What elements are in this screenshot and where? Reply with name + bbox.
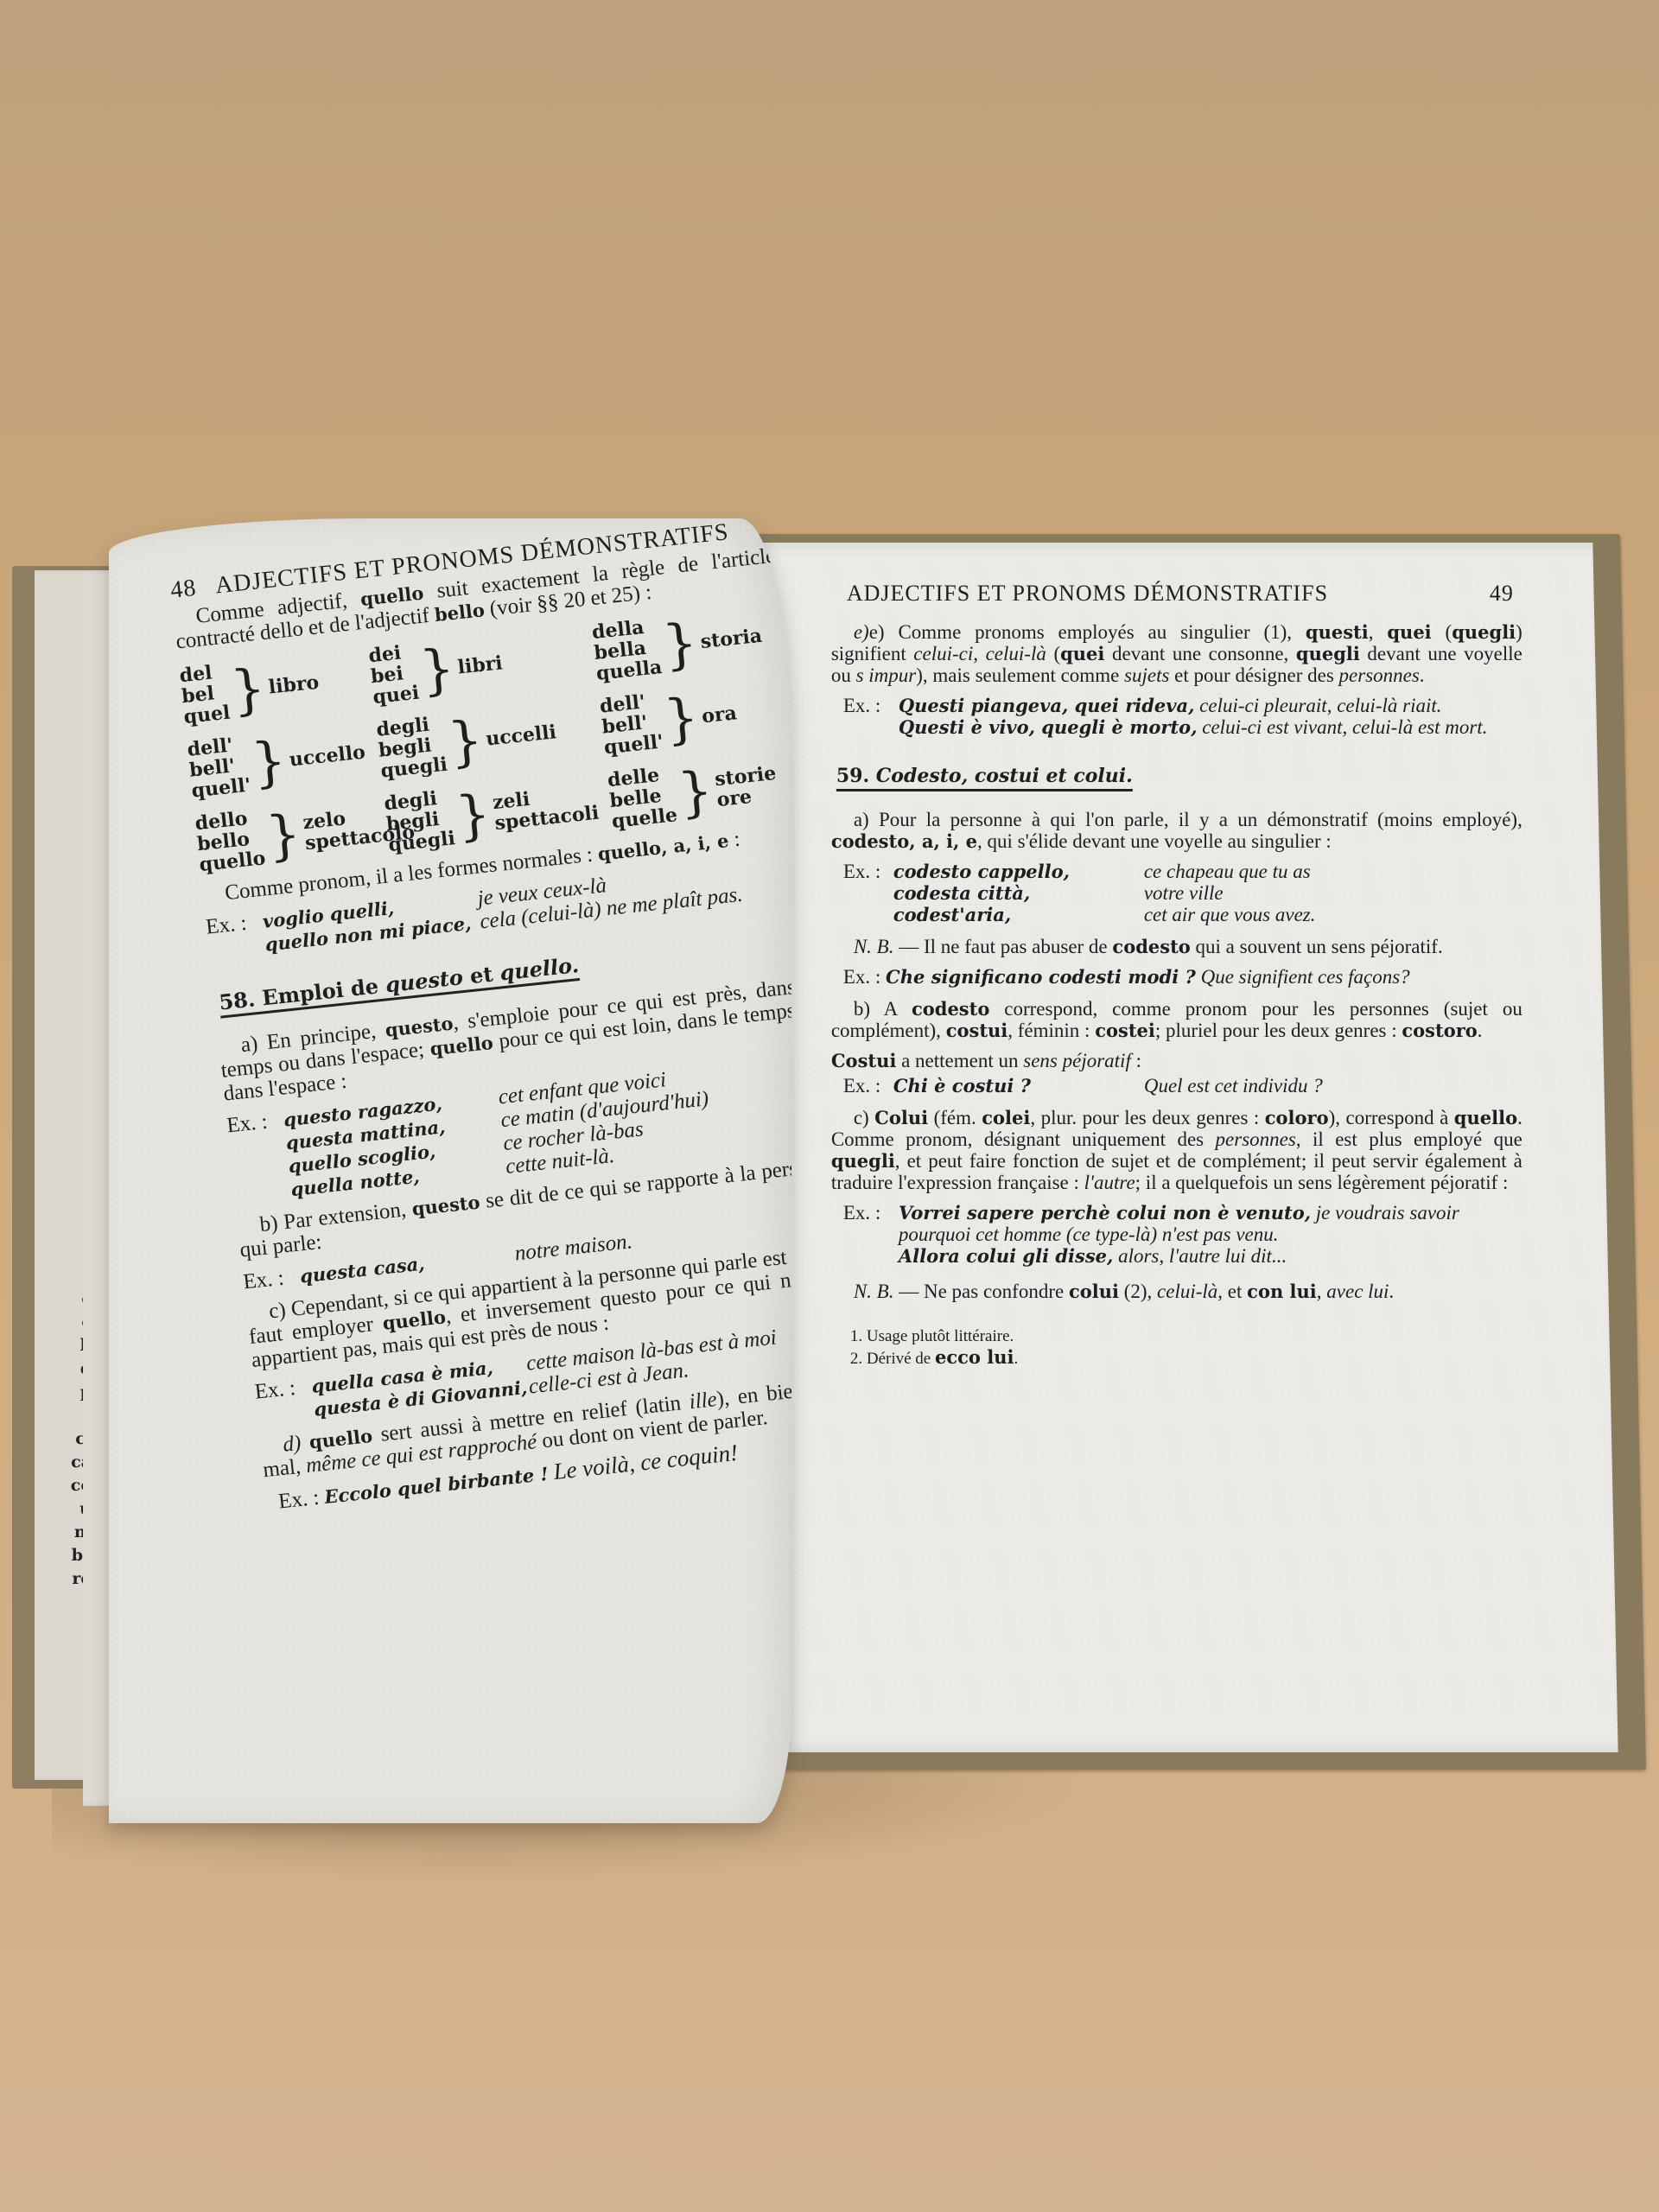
french-translation: votre ville — [1144, 882, 1522, 904]
text: ( — [1432, 621, 1452, 643]
article-forms: dell'bell'quell' — [599, 690, 664, 759]
translation: celui-ci, celui-là — [913, 643, 1046, 664]
text: — Ne pas confondre — [893, 1281, 1068, 1302]
forms-group: dellabellaquella}storia — [591, 602, 786, 684]
translation: celui-là — [1157, 1281, 1217, 1302]
emphasis: sujets — [1124, 664, 1169, 686]
paragraph-59b-2: Costui a nettement un sens péjoratif : — [831, 1050, 1522, 1071]
page-49: ADJECTIFS ET PRONOMS DÉMONSTRATIFS 49 e)… — [747, 543, 1618, 1752]
text: a nettement un — [896, 1050, 1023, 1071]
text: , plur. pour les deux genres : — [1030, 1107, 1264, 1128]
term: quegli — [1296, 643, 1360, 664]
footnote-number: 1. — [850, 1327, 862, 1345]
page-48: 48 ADJECTIFS ET PRONOMS DÉMONSTRATIFS Co… — [109, 518, 791, 1823]
text: (2), — [1119, 1281, 1157, 1302]
forms-group: dell'bell'quell'}uccello — [187, 720, 382, 802]
text: et pour désigner des — [1169, 664, 1338, 686]
term: quello. — [499, 952, 580, 985]
example-block-59a: Ex. : codesto cappello, ce chapeau que t… — [843, 861, 1522, 925]
text: : — [728, 828, 741, 852]
example-block-59c: Ex. : Vorrei sapere perchè colui non è v… — [843, 1202, 1522, 1267]
article-forms: dellabellaquella — [591, 615, 663, 684]
nb-label: N. B. — [854, 936, 894, 957]
example-nb-1: Ex. : Che significano codesti modi ? Que… — [843, 966, 1522, 988]
footnote-text: . — [1014, 1350, 1018, 1368]
text: e) Comme pronoms employés au singulier (… — [869, 621, 1306, 643]
term: quegli — [1452, 621, 1516, 643]
paragraph-59b: b) A codesto correspond, comme pronom po… — [831, 998, 1522, 1041]
forms-group: deglibegliquegli}uccelli — [375, 696, 605, 782]
term: ecco lui — [935, 1346, 1014, 1368]
emphasis: sens péjoratif — [1023, 1050, 1131, 1071]
example-label: Ex. : — [242, 1265, 301, 1294]
text: ), mais seulement comme — [916, 664, 1124, 686]
text: dello — [259, 617, 305, 645]
paragraph-59c: c) Colui (fém. colei, plur. pour les deu… — [831, 1107, 1522, 1193]
nouns: uccello — [289, 741, 366, 770]
term: quei — [1060, 643, 1104, 664]
forms-group: dellebellequelle}storieore — [607, 750, 791, 832]
article-forms: dellobelloquello — [194, 806, 267, 875]
footnote-2: 2. Dérivé de ecco lui. — [850, 1347, 1522, 1370]
note-nb-1: N. B. — Il ne faut pas abuser de codesto… — [831, 936, 1522, 957]
text: a) Pour la personne à qui l'on parle, il… — [854, 809, 1522, 830]
text: et — [461, 961, 501, 989]
example-label: Ex. : — [843, 861, 893, 882]
text: b) A — [854, 998, 912, 1020]
footnote-text: Dérivé de — [867, 1350, 935, 1368]
noun: uccelli — [485, 721, 557, 749]
form: quel — [183, 702, 232, 728]
brace-icon: } — [264, 807, 303, 864]
term: Colui — [874, 1107, 928, 1128]
forms-group: deglibegliquegli}zelispettacoli — [383, 770, 613, 855]
nouns: libri — [456, 652, 503, 677]
italian-example: Questi piangeva, quei rideva, — [899, 695, 1195, 716]
text: qui a souvent un sens péjoratif. — [1191, 936, 1443, 957]
example-row: Questi piangeva, quei rideva, celui-ci p… — [899, 695, 1522, 716]
italian-example: Vorrei sapere perchè colui non è venuto, — [899, 1202, 1311, 1224]
term: con lui — [1247, 1281, 1317, 1302]
term: quello — [1454, 1107, 1517, 1128]
text: , féminin : — [1007, 1020, 1095, 1041]
emphasis: personnes — [1216, 1128, 1296, 1150]
noun: libri — [456, 652, 503, 677]
article-forms: dellebellequelle — [607, 763, 678, 832]
text: , — [1317, 1281, 1327, 1302]
nouns: storia — [700, 626, 764, 652]
brace-icon: } — [417, 641, 457, 698]
page-48-wrapper: 48 ADJECTIFS ET PRONOMS DÉMONSTRATIFS Co… — [83, 518, 791, 1832]
form: quell' — [191, 775, 252, 802]
term: costei — [1095, 1020, 1155, 1041]
noun: storia — [700, 626, 764, 652]
forms-group: dell'bell'quell'}ora — [599, 677, 791, 759]
text: . — [1420, 664, 1425, 686]
term: Costui — [831, 1050, 897, 1071]
example-label: Ex. : — [277, 1486, 321, 1514]
text: — Il ne faut pas abuser de — [893, 936, 1112, 957]
french-translation: ce chapeau que tu as — [1144, 861, 1522, 882]
running-head-title: ADJECTIFS ET PRONOMS DÉMONSTRATIFS — [847, 582, 1328, 604]
term: colui — [1069, 1281, 1119, 1302]
french-translation: Quel est cet individu ? — [1144, 1075, 1522, 1096]
example-row: Questi è vivo, quegli è morto, celui-ci … — [899, 716, 1522, 738]
example-row: Allora colui gli disse, alors, l'autre l… — [899, 1245, 1522, 1267]
footnote-1: 1. Usage plutôt littéraire. — [850, 1326, 1522, 1347]
brace-icon: } — [676, 764, 715, 821]
example-label: Ex. : — [843, 966, 880, 988]
text: ), correspond à — [1329, 1107, 1454, 1128]
form: quello — [199, 848, 267, 875]
italian-example: codesto cappello, — [893, 861, 1144, 882]
french-translation: celui-ci est vivant, celui-là est mort. — [1202, 716, 1487, 738]
example-block-e: Ex. : Questi piangeva, quei rideva, celu… — [843, 695, 1522, 738]
nouns: libro — [268, 672, 321, 698]
form: quei — [372, 683, 420, 708]
text: ( — [1046, 643, 1060, 664]
text: . — [1478, 1020, 1483, 1041]
article-forms: delbelquel — [179, 661, 232, 728]
term: costoro — [1402, 1020, 1477, 1041]
page-number: 49 — [1490, 582, 1514, 604]
form: quell' — [603, 731, 664, 758]
brace-icon: } — [662, 690, 702, 747]
page-number: 48 — [169, 576, 198, 602]
emphasis: ille — [688, 1388, 718, 1414]
noun: ora — [701, 702, 738, 727]
footnote-text: Usage plutôt littéraire. — [867, 1327, 1014, 1345]
italian-example: Questi è vivo, quegli è morto, — [899, 716, 1198, 738]
forms-group: deibeiquei}libri — [367, 622, 597, 708]
text: : — [1131, 1050, 1141, 1071]
forms-group: dellobelloquello}zelospettacolo — [194, 794, 390, 876]
noun: ore — [716, 784, 779, 810]
text: ; il a quelquefois un sens légèrement pé… — [1135, 1172, 1509, 1193]
text: c) — [854, 1107, 874, 1128]
text: ; pluriel pour les deux genres : — [1155, 1020, 1402, 1041]
text: . — [1389, 1281, 1394, 1302]
term: questo — [411, 1191, 481, 1219]
section-number: 59. — [836, 765, 876, 787]
text: , qui s'élide devant une voyelle au sing… — [977, 830, 1332, 852]
section-number: 58. Emploi de — [218, 973, 387, 1015]
italian-example: Allora colui gli disse, — [899, 1245, 1114, 1267]
term: questo — [385, 964, 465, 997]
italian-example: Chi è costui ? — [893, 1075, 1144, 1096]
term: coloro — [1265, 1107, 1329, 1128]
example-row: Vorrei sapere perchè colui non è venuto,… — [899, 1202, 1522, 1245]
article-forms: dell'bell'quell' — [187, 734, 252, 802]
example-label: Ex. : — [843, 695, 893, 716]
paragraph-59a: a) Pour la personne à qui l'on parle, il… — [831, 809, 1522, 852]
example-label: Ex. : — [843, 1075, 893, 1096]
italian-example: codesta città, — [893, 882, 1144, 904]
footnotes: 1. Usage plutôt littéraire. 2. Dérivé de… — [850, 1326, 1522, 1370]
footnote-number: 2. — [850, 1350, 862, 1368]
term: quello — [429, 1032, 493, 1060]
form: quella — [595, 657, 663, 684]
brace-icon: } — [660, 616, 700, 673]
brace-icon: } — [249, 734, 289, 791]
text: (fém. — [928, 1107, 982, 1128]
french-translation: alors, l'autre lui dit... — [1118, 1245, 1287, 1267]
note-nb-2: N. B. — Ne pas confondre colui (2), celu… — [831, 1281, 1522, 1302]
text: , — [1369, 621, 1388, 643]
form: quegli — [387, 828, 456, 855]
term: quegli — [831, 1150, 895, 1172]
running-head-right: ADJECTIFS ET PRONOMS DÉMONSTRATIFS 49 — [831, 582, 1522, 604]
noun: libro — [268, 672, 321, 698]
emphasis: personnes — [1339, 664, 1420, 686]
italian-example: Che significano codesti modi ? — [886, 966, 1196, 988]
italian-example: codest'aria, — [893, 904, 1144, 925]
nouns: storieore — [714, 763, 779, 810]
term: questi — [1306, 621, 1369, 643]
section-title: Codesto, costui et colui. — [876, 765, 1133, 787]
french-translation: cet air que vous avez. — [1144, 904, 1522, 925]
term: codesto, a, i, e — [831, 830, 977, 852]
article-forms: deibeiquei — [367, 641, 420, 708]
noun: uccello — [289, 741, 366, 770]
brace-icon: } — [454, 787, 493, 844]
example-block-59b: Ex. : Chi è costui ? Quel est cet indivi… — [843, 1075, 1522, 1096]
term: bello — [434, 599, 486, 626]
forms-group: delbelquel}libro — [179, 645, 374, 728]
brace-icon: } — [228, 661, 268, 718]
term: codesto — [912, 998, 989, 1020]
nb-label: N. B. — [854, 1281, 894, 1302]
french-translation: celui-ci pleurait, celui-là riait. — [1199, 695, 1441, 716]
term: codesto — [1112, 936, 1190, 957]
form: quegli — [379, 754, 448, 782]
emphasis: s impur — [856, 664, 917, 686]
text: , il est plus employé que — [1296, 1128, 1522, 1150]
brace-icon: } — [446, 713, 486, 770]
term: quello, a, i, e — [597, 829, 730, 865]
paragraph-e: e)e) Comme pronoms employés au singulier… — [831, 621, 1522, 686]
example-label: Ex. : — [843, 1202, 893, 1245]
term: quei — [1387, 621, 1431, 643]
text: b) Par extension, — [258, 1198, 413, 1236]
nouns: zelispettacoli — [492, 782, 600, 834]
term: costui — [946, 1020, 1008, 1041]
form: quelle — [611, 804, 678, 832]
article-forms: deglibegliquegli — [383, 786, 456, 855]
nouns: uccelli — [485, 721, 557, 749]
section-heading-59: 59. Codesto, costui et colui. — [836, 766, 1133, 791]
article-forms: deglibegliquegli — [375, 713, 448, 782]
text: d) — [282, 1431, 310, 1457]
term: colei — [982, 1107, 1030, 1128]
nouns: ora — [701, 702, 738, 727]
text: devant une consonne, — [1104, 643, 1295, 664]
emphasis: l'autre — [1084, 1172, 1135, 1193]
translation: avec lui — [1326, 1281, 1389, 1302]
text: , et — [1217, 1281, 1247, 1302]
french-translation: Que signifient ces façons? — [1201, 966, 1410, 988]
